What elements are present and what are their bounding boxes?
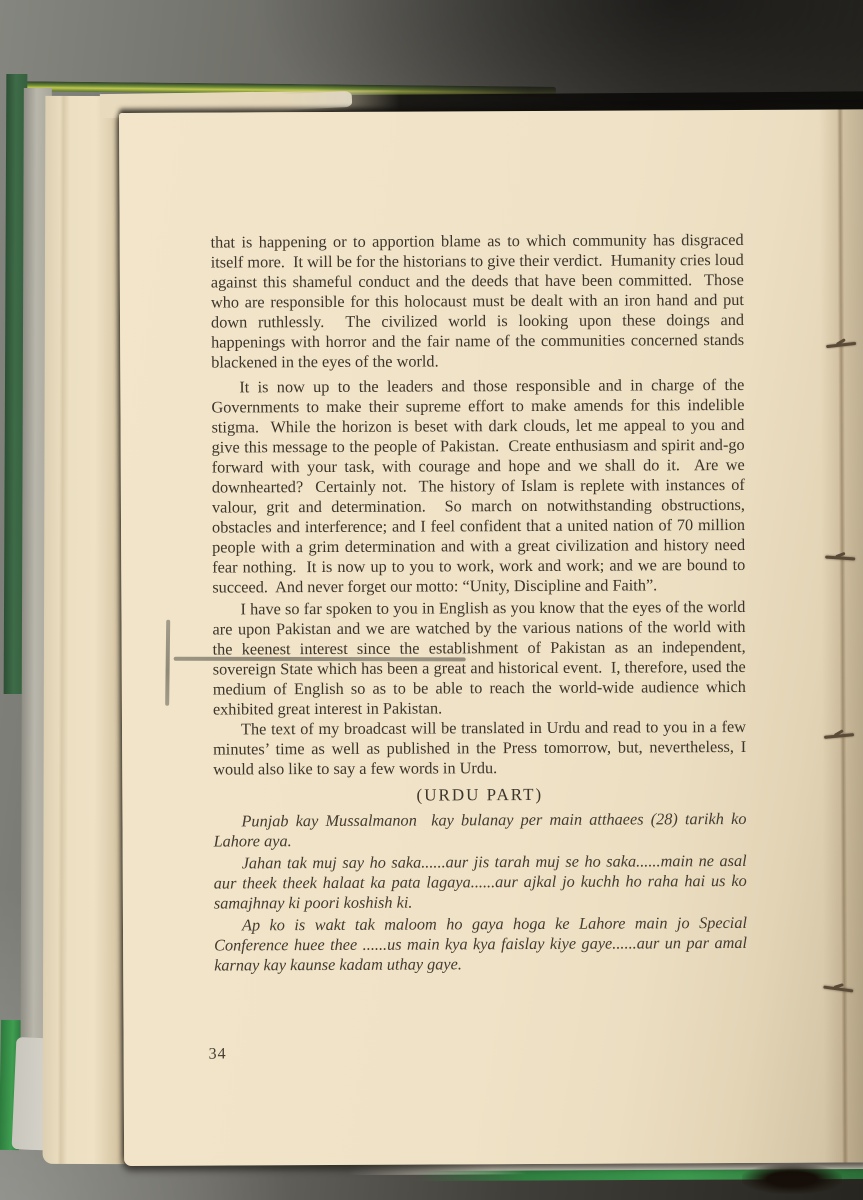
page-stack-left-edge	[43, 96, 128, 1164]
page-text-block: that is happening or to apportion blame …	[211, 230, 748, 978]
page-number: 34	[209, 1045, 227, 1063]
paragraph: It is now up to the leaders and those re…	[211, 375, 745, 598]
urdu-section-heading: (URDU PART)	[213, 784, 746, 807]
pencil-underline	[174, 657, 466, 662]
scanned-page: that is happening or to apportion blame …	[119, 109, 863, 1166]
urdu-paragraph: Jahan tak muj say ho saka......aur jis t…	[214, 851, 747, 914]
pencil-margin-line	[165, 620, 170, 706]
urdu-paragraph: Punjab kay Mussalmanon kay bulanay per m…	[213, 809, 746, 852]
urdu-paragraph: Ap ko is wakt tak maloom ho gaya hoga ke…	[214, 913, 747, 976]
paragraph: The text of my broadcast will be transla…	[213, 717, 746, 780]
paragraph: that is happening or to apportion blame …	[211, 230, 745, 373]
shadow-blob	[742, 1164, 842, 1194]
